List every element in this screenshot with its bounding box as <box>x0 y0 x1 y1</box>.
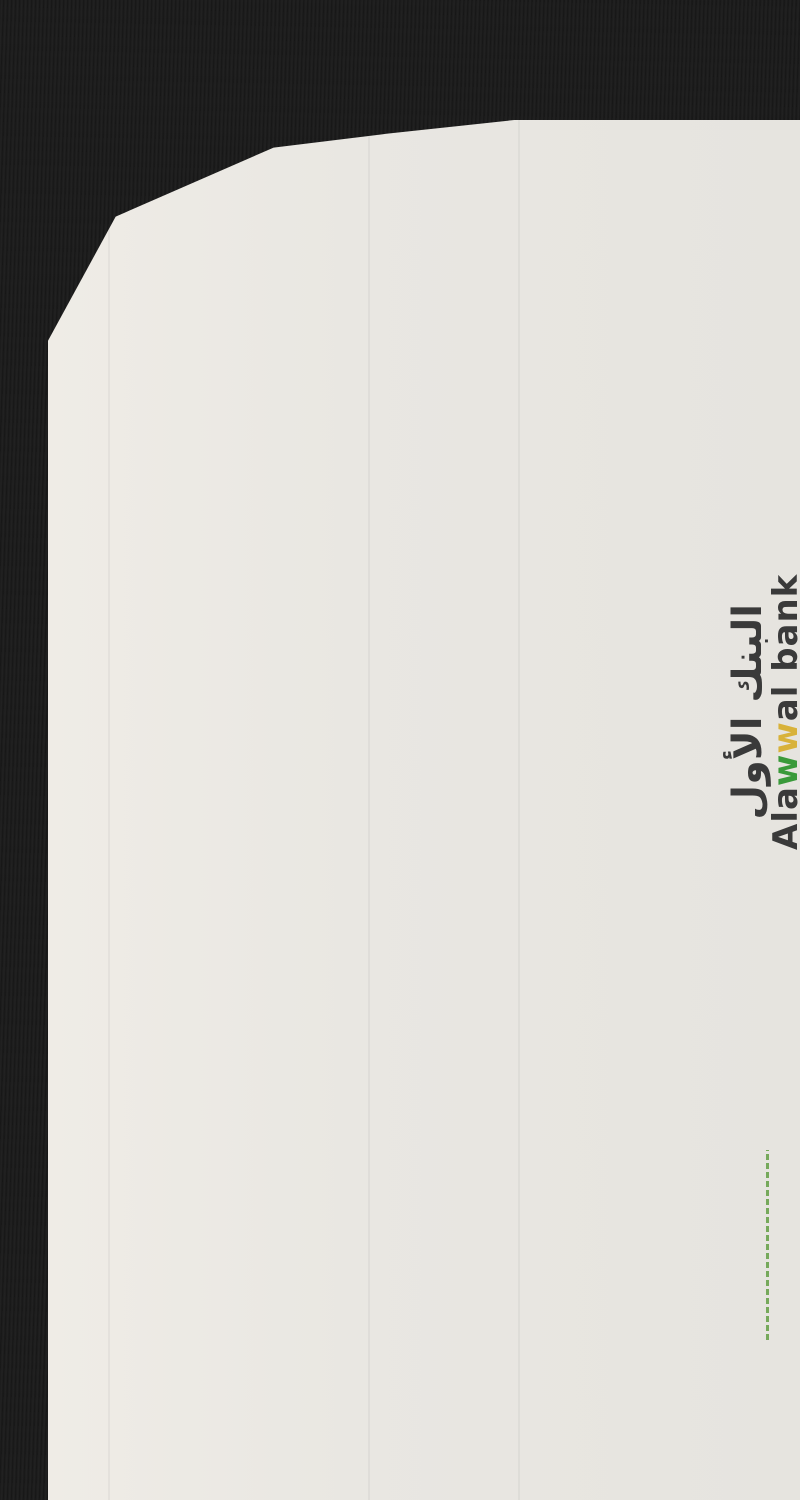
paper-fold <box>108 120 110 1500</box>
bank-name-english: Alawwal bank <box>768 574 800 850</box>
paper-fold <box>518 120 520 1500</box>
logo-yellow-mark: w <box>766 721 800 753</box>
receipt-paper <box>48 120 800 1500</box>
bank-logo: البنك الأول Alawwal bank <box>728 574 800 850</box>
bank-name-arabic: البنك الأول <box>728 574 768 850</box>
bank-name-suffix: al bank <box>766 574 800 722</box>
paper-fold <box>368 120 370 1500</box>
bank-name-prefix: Ala <box>766 786 800 850</box>
logo-green-mark: w <box>766 754 800 786</box>
atm-receipt: البنك الأول Alawwal bank 12/02/20 14:12 … <box>730 130 800 1390</box>
